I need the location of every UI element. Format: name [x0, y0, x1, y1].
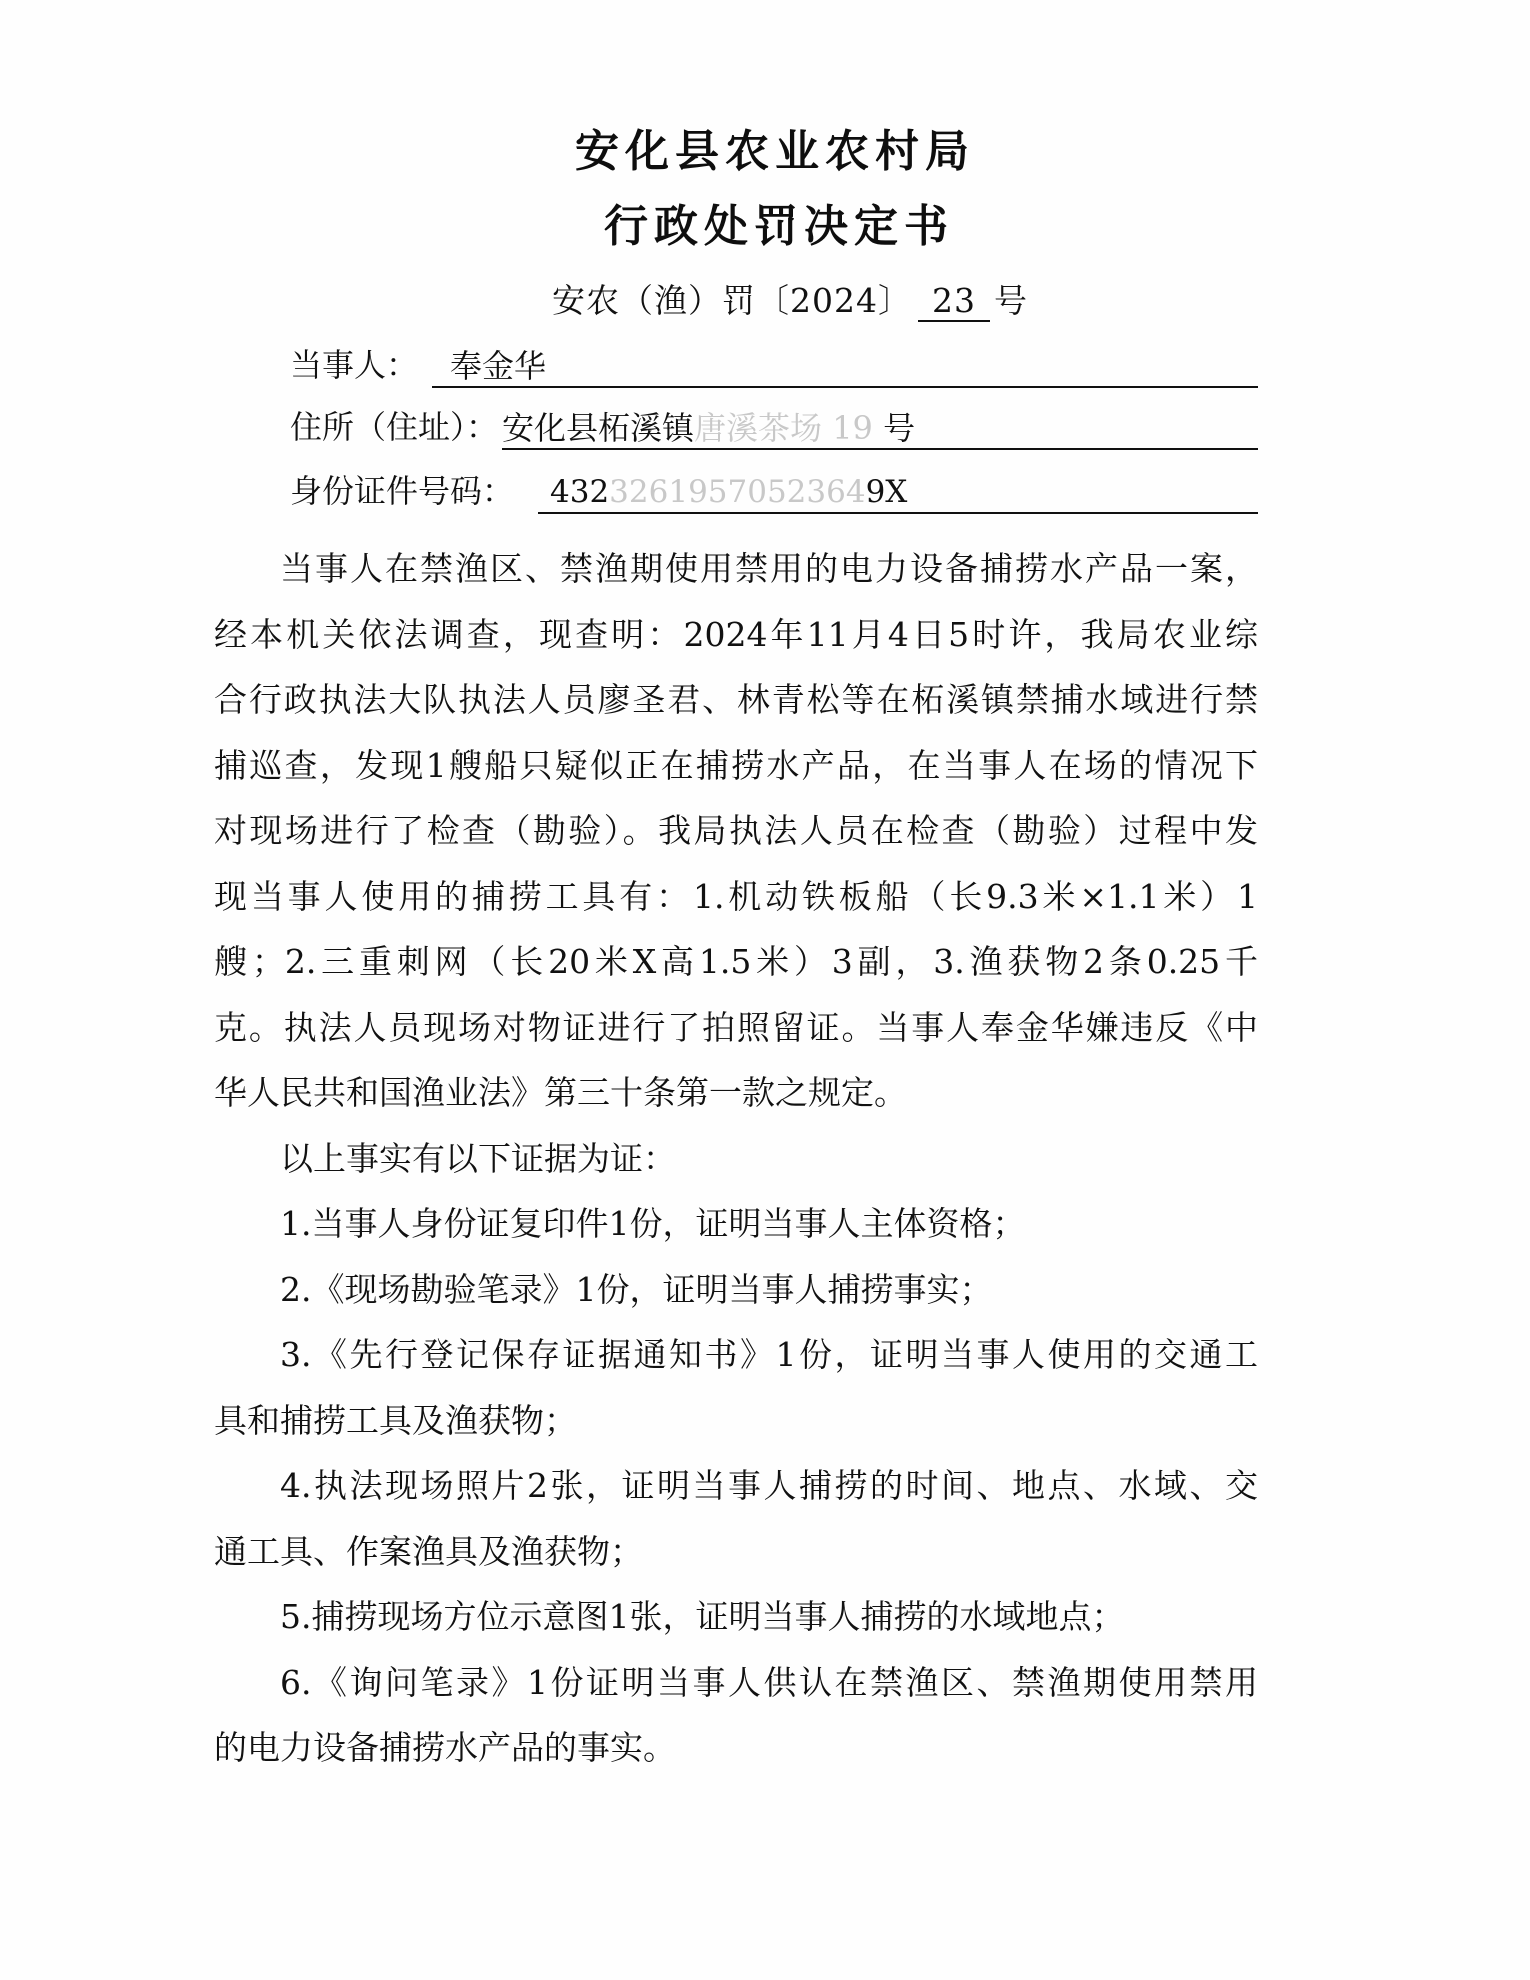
evidence-item-4-cont: 通工具、作案渔具及渔获物；	[214, 1519, 1258, 1585]
facts-line: 当事人在禁渔区、禁渔期使用禁用的电力设备捕捞水产品一案，	[214, 536, 1258, 602]
doc-number-suffix: 号	[994, 281, 1028, 320]
evidence-item-5: 5.捕捞现场方位示意图1张，证明当事人捕捞的水域地点；	[214, 1584, 1258, 1650]
evidence-list: 1.当事人身份证复印件1份，证明当事人主体资格； 2.《现场勘验笔录》1份，证明…	[214, 1191, 1258, 1781]
document-body: 当事人在禁渔区、禁渔期使用禁用的电力设备捕捞水产品一案， 经本机关依法调查，现查…	[214, 536, 1258, 1781]
facts-line: 艘；2.三重刺网（长20米X高1.5米）3副，3.渔获物2条0.25千	[214, 929, 1258, 995]
org-title: 安化县农业农村局	[10, 122, 1530, 182]
address-field: 住所（住址）： 安化县柘溪镇唐溪茶场 19 号	[290, 404, 1258, 454]
doc-title: 行政处罚决定书	[14, 197, 1530, 257]
address-visible: 安化县柘溪镇	[502, 409, 694, 447]
id-visible-end: 9X	[866, 474, 908, 510]
address-value: 安化县柘溪镇唐溪茶场 19 号	[502, 408, 1258, 450]
party-label: 当事人：	[290, 342, 418, 388]
evidence-item-6-cont: 的电力设备捕捞水产品的事实。	[214, 1715, 1258, 1781]
facts-line: 合行政执法大队执法人员廖圣君、林青松等在柘溪镇禁捕水域进行禁	[214, 667, 1258, 733]
evidence-intro: 以上事实有以下证据为证：	[214, 1126, 1258, 1192]
facts-line: 华人民共和国渔业法》第三十条第一款之规定。	[214, 1060, 1258, 1126]
evidence-item-2: 2.《现场勘验笔录》1份，证明当事人捕捞事实；	[214, 1257, 1258, 1323]
address-suffix: 号	[883, 409, 915, 447]
evidence-item-6: 6.《询问笔录》1份证明当事人供认在禁渔区、禁渔期使用禁用	[214, 1650, 1258, 1716]
id-number-value: 43232619570523649X	[538, 472, 1258, 514]
facts-line: 经本机关依法调查，现查明：2024年11月4日5时许，我局农业综	[214, 602, 1258, 668]
id-number-label: 身份证件号码：	[290, 468, 514, 514]
evidence-item-3: 3.《先行登记保存证据通知书》1份，证明当事人使用的交通工	[214, 1322, 1258, 1388]
evidence-item-3-cont: 具和捕捞工具及渔获物；	[214, 1388, 1258, 1454]
document-page: 安化县农业农村局 行政处罚决定书 安农（渔）罚〔2024〕23号 当事人： 奉金…	[0, 0, 1530, 1980]
facts-line: 克。执法人员现场对物证进行了拍照留证。当事人奉金华嫌违反《中	[214, 995, 1258, 1061]
party-value: 奉金华	[432, 346, 1258, 388]
address-redacted: 唐溪茶场 19	[694, 409, 883, 447]
facts-line: 捕巡查，发现1艘船只疑似正在捕捞水产品，在当事人在场的情况下	[214, 733, 1258, 799]
party-name: 奉金华	[450, 347, 546, 385]
party-field: 当事人： 奉金华	[290, 342, 1258, 392]
evidence-item-1: 1.当事人身份证复印件1份，证明当事人主体资格；	[214, 1191, 1258, 1257]
doc-number-prefix: 安农（渔）罚〔2024〕	[552, 281, 912, 320]
facts-line: 对现场进行了检查（勘验）。我局执法人员在检查（勘验）过程中发	[214, 798, 1258, 864]
doc-number-value: 23	[918, 282, 990, 322]
id-redacted: 3261957052364	[609, 474, 865, 510]
facts-paragraph: 当事人在禁渔区、禁渔期使用禁用的电力设备捕捞水产品一案， 经本机关依法调查，现查…	[214, 536, 1258, 1126]
id-visible-start: 432	[550, 474, 609, 510]
id-number-field: 身份证件号码： 43232619570523649X	[290, 468, 1258, 518]
evidence-item-4: 4.执法现场照片2张，证明当事人捕捞的时间、地点、水域、交	[214, 1453, 1258, 1519]
doc-number: 安农（渔）罚〔2024〕23号	[552, 278, 1028, 324]
facts-line: 现当事人使用的捕捞工具有：1.机动铁板船（长9.3米×1.1米）1	[214, 864, 1258, 930]
address-label: 住所（住址）：	[290, 404, 498, 450]
